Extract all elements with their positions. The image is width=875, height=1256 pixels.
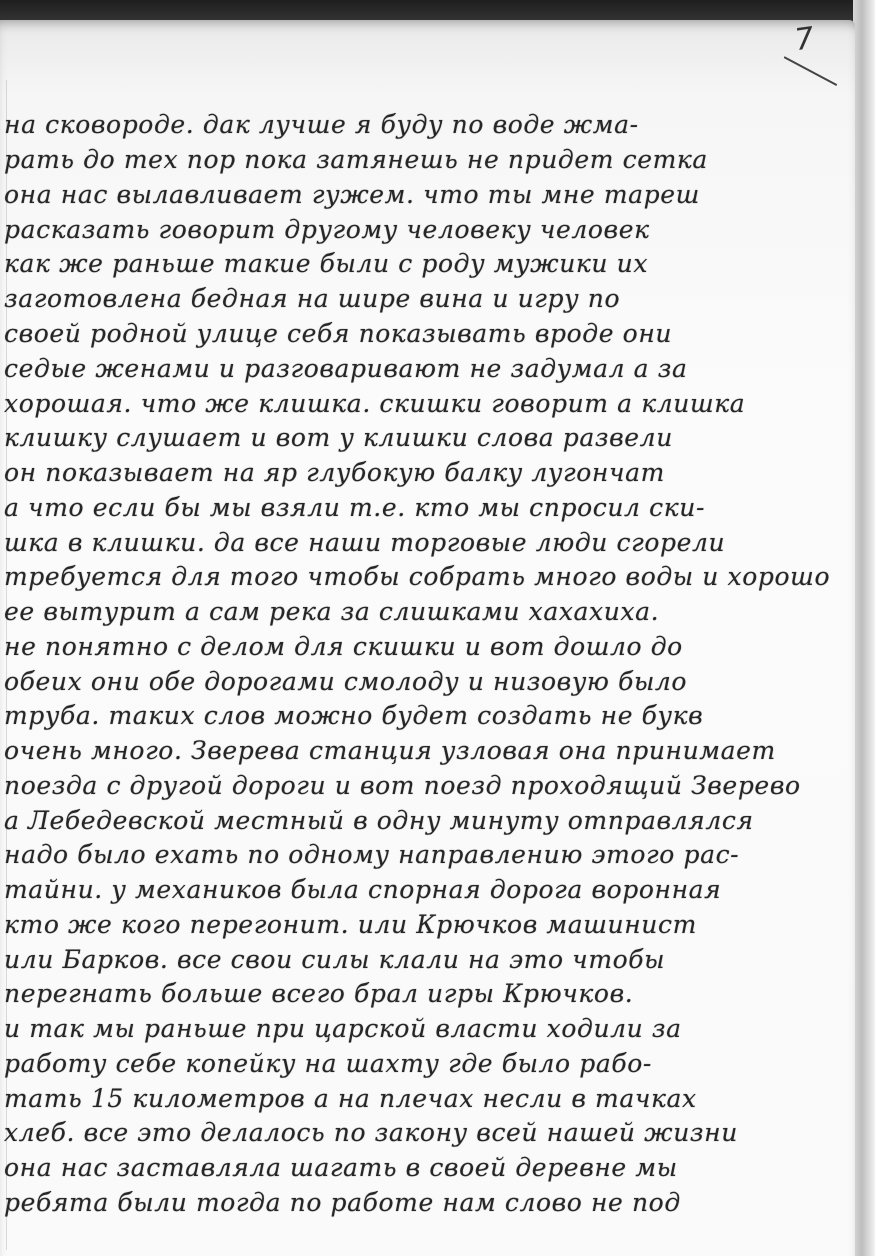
- scan-right-edge: [853, 0, 875, 1256]
- manuscript-line: а что если бы мы взяли т.е. кто мы спрос…: [4, 493, 705, 522]
- manuscript-line: расказать говорит другому человеку челов…: [4, 215, 650, 244]
- manuscript-line: она нас вылавливает гужем. что ты мне та…: [4, 180, 700, 209]
- manuscript-line: хорошая. что же клишка. скишки говорит а…: [4, 389, 745, 418]
- manuscript-line: не понятно с делом для скишки и вот дошл…: [4, 632, 683, 661]
- manuscript-line: труба. таких слов можно будет создать не…: [4, 701, 703, 730]
- manuscript-line: поезда с другой дороги и вот поезд прохо…: [4, 771, 801, 800]
- manuscript-line: как же раньше такие были с роду мужики и…: [4, 249, 648, 278]
- manuscript-line: клишку слушает и вот у клишки слова разв…: [4, 423, 673, 452]
- manuscript-line: ребята были тогда по работе нам слово не…: [4, 1188, 681, 1217]
- page-number-underline: [784, 56, 838, 86]
- manuscript-line: он показывает на яр глубокую балку лугон…: [4, 458, 665, 487]
- manuscript-line: тайни. у механиков была спорная дорога в…: [4, 875, 721, 904]
- manuscript-line: шка в клишки. да все наши торговые люди …: [4, 528, 725, 557]
- manuscript-line: седые женами и разговаривают не задумал …: [4, 354, 687, 383]
- manuscript-line: своей родной улице себя показывать вроде…: [4, 319, 672, 348]
- manuscript-line: она нас заставляла шагать в своей деревн…: [4, 1153, 678, 1182]
- manuscript-line: тать 15 километров а на плечах несли в т…: [4, 1084, 697, 1113]
- manuscript-line: надо было ехать по одному направлению эт…: [4, 840, 739, 869]
- manuscript-line: требуется для того чтобы собрать много в…: [4, 562, 830, 591]
- manuscript-line: заготовлена бедная на шире вина и игру п…: [4, 284, 620, 313]
- manuscript-line: ее вытурит а сам река за слишками хахахи…: [4, 597, 659, 626]
- manuscript-line: и так мы раньше при царской власти ходил…: [4, 1014, 682, 1043]
- manuscript-line: кто же кого перегонит. или Крючков машин…: [4, 910, 697, 939]
- manuscript-line: перегнать больше всего брал игры Крючков…: [4, 979, 633, 1008]
- manuscript-line: а Лебедевской местный в одну минуту отпр…: [4, 806, 754, 835]
- page-number: 7: [793, 21, 817, 58]
- manuscript-line: очень много. Зверева станция узловая она…: [4, 736, 776, 765]
- manuscript-line: обеих они обе дорогами смолоду и низовую…: [4, 667, 687, 696]
- manuscript-line: или Барков. все свои силы клали на это ч…: [4, 945, 665, 974]
- manuscript-line: рать до тех пор пока затянешь не придет …: [4, 145, 708, 174]
- manuscript-line: работу себе копейку на шахту где было ра…: [4, 1049, 652, 1078]
- manuscript-line: на сковороде. дак лучше я буду по воде ж…: [4, 110, 639, 139]
- manuscript-line: хлеб. все это делалось по закону всей на…: [4, 1118, 738, 1147]
- manuscript-page: 7 на сковороде. дак лучше я буду по воде…: [0, 20, 855, 1256]
